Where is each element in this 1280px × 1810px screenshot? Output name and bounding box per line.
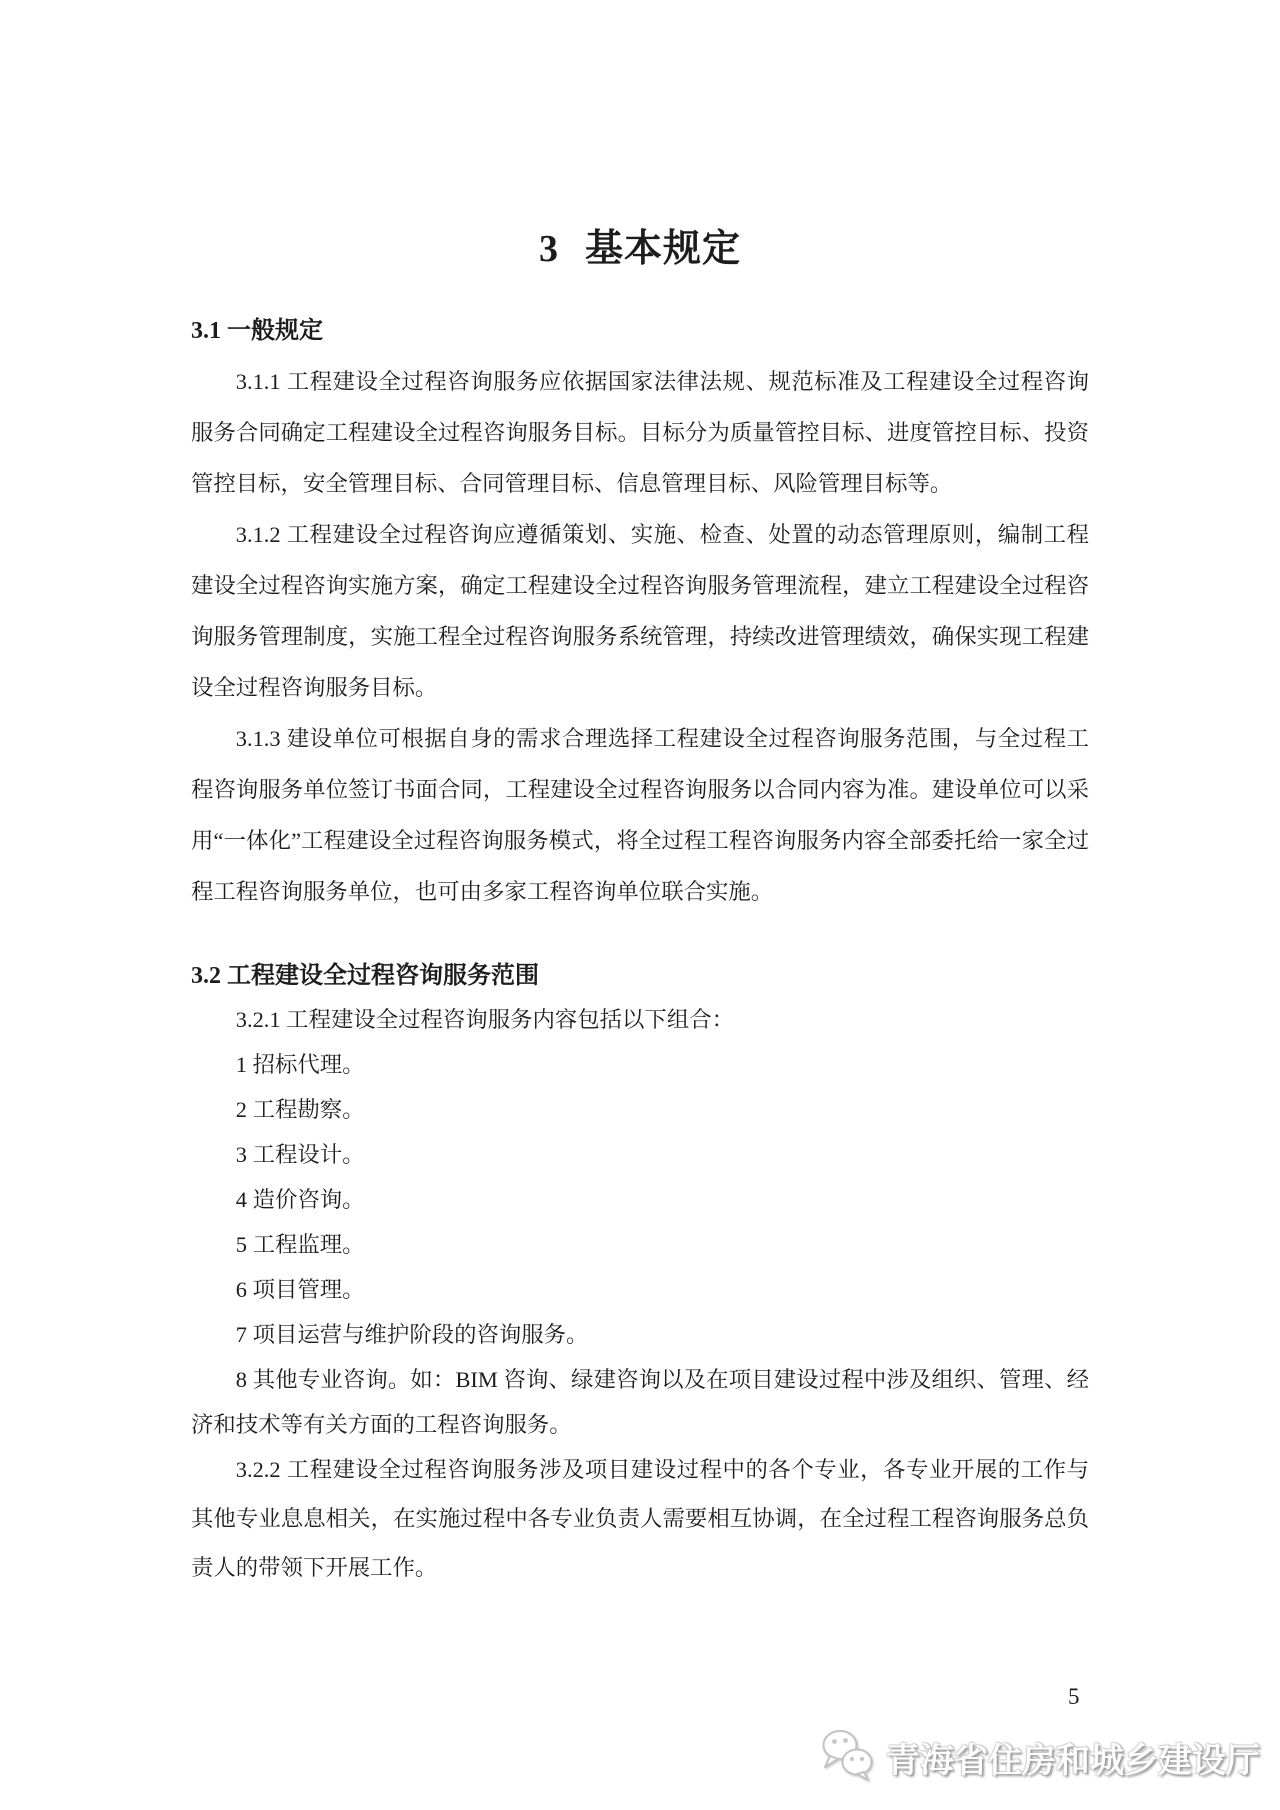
list-item: 4 造价咨询。 — [191, 1177, 1089, 1222]
list-item: 2 工程勘察。 — [191, 1087, 1089, 1132]
paragraph-3-1-3: 3.1.3 建设单位可根据自身的需求合理选择工程建设全过程咨询服务范围，与全过程… — [191, 713, 1089, 917]
chapter-title-text: 基本规定 — [585, 228, 741, 270]
paragraph-3-2-1: 3.2.1 工程建设全过程咨询服务内容包括以下组合： — [191, 997, 1089, 1042]
chapter-number: 3 — [539, 228, 559, 270]
list-item: 6 项目管理。 — [191, 1267, 1089, 1312]
chapter-title: 3基本规定 — [191, 225, 1089, 273]
list-item: 5 工程监理。 — [191, 1222, 1089, 1267]
footer-watermark: 青海省住房和城乡建设厅 — [820, 1729, 1260, 1786]
list-item: 7 项目运营与维护阶段的咨询服务。 — [191, 1312, 1089, 1357]
paragraph-3-1-2: 3.1.2 工程建设全过程咨询应遵循策划、实施、检查、处置的动态管理原则，编制工… — [191, 509, 1089, 713]
page-number: 5 — [1068, 1683, 1080, 1711]
section-3-1-body: 3.1.1 工程建设全过程咨询服务应依据国家法律法规、规范标准及工程建设全过程咨… — [191, 356, 1089, 917]
document-page: 3基本规定 3.1 一般规定 3.1.1 工程建设全过程咨询服务应依据国家法律法… — [0, 0, 1280, 1810]
section-heading-3-2: 3.2 工程建设全过程咨询服务范围 — [191, 961, 1089, 991]
wechat-icon — [820, 1729, 878, 1786]
paragraph-3-1-1: 3.1.1 工程建设全过程咨询服务应依据国家法律法规、规范标准及工程建设全过程咨… — [191, 356, 1089, 509]
section-3-2-closing: 3.2.2 工程建设全过程咨询服务涉及项目建设过程中的各个专业，各专业开展的工作… — [191, 1445, 1089, 1592]
list-item: 1 招标代理。 — [191, 1042, 1089, 1087]
list-item: 3 工程设计。 — [191, 1132, 1089, 1177]
list-item: 8 其他专业咨询。如：BIM 咨询、绿建咨询以及在项目建设过程中涉及组织、管理、… — [191, 1357, 1089, 1447]
section-3-2-list-block: 3.2.1 工程建设全过程咨询服务内容包括以下组合： 1 招标代理。 2 工程勘… — [191, 997, 1089, 1447]
paragraph-3-2-2: 3.2.2 工程建设全过程咨询服务涉及项目建设过程中的各个专业，各专业开展的工作… — [191, 1445, 1089, 1592]
watermark-text: 青海省住房和城乡建设厅 — [886, 1733, 1260, 1782]
section-heading-3-1: 3.1 一般规定 — [191, 316, 1089, 346]
